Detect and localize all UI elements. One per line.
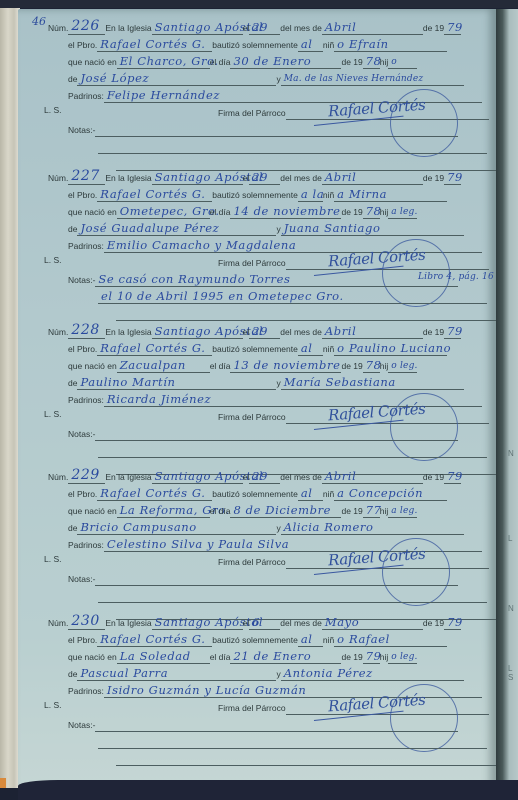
birthplace-field[interactable]: El Charco, Gro. [117,52,210,69]
form-row: Núm.230 En la IglesiaSantiago Apóstolel6… [48,612,488,630]
birth-date: 13 de noviembre [233,360,340,373]
mother-name: Alicia Romero [284,522,374,535]
record-number-field[interactable]: 226 [68,18,105,35]
godparents-label: Padrinos: [68,540,104,552]
record-number: 226 [71,19,100,34]
baptism-year-field[interactable]: 79 [444,18,461,35]
form-row: el Pbro. Rafael Cortés G. bautizó solemn… [68,338,496,356]
baptism-day-field[interactable]: 29 [249,18,280,35]
baptism-month-field[interactable]: Abril [322,18,423,35]
ls-label: L. S. [44,554,61,566]
facing-page-label: N [508,604,514,613]
father-name-field[interactable]: Bricio Campusano [77,518,276,535]
form-row: de José Guadalupe Pérez y Juana Santiago [68,218,496,236]
child-name: o Paulino Luciano [337,343,451,356]
baptism-record: Núm.227 En la IglesiaSantiago Apóstolel2… [18,167,496,312]
ls-label: L. S. [44,700,61,712]
baptism-day: 6 [252,617,260,630]
church-name-field[interactable]: Santiago Apóstol [152,613,243,630]
notes-label: Notas:- [68,125,95,137]
father-name-field[interactable]: José Guadalupe Pérez [77,219,276,236]
birth-year-field[interactable]: 78 [363,202,380,219]
baptism-year: 79 [447,172,463,185]
baptism-month: Abril [325,22,357,35]
father-name: Pascual Parra [80,668,168,681]
article-field[interactable]: al [298,630,323,647]
num-label: Núm. [48,23,68,35]
mother-name: Ma. de las Nieves Hernández [284,75,424,85]
child-name-field[interactable]: o Efraín [334,35,447,52]
priest-name-field[interactable]: Rafael Cortés G. [97,185,212,202]
birthplace-field[interactable]: La Reforma, Gro. [117,501,210,518]
article: al [301,488,313,501]
notes-line-2-field[interactable] [98,441,487,458]
child-name-field[interactable]: o Paulino Luciano [334,339,447,356]
baptism-year-field[interactable]: 79 [444,613,461,630]
mother-name: Juana Santiago [284,223,381,236]
mother-name-field[interactable]: Juana Santiago [281,219,464,236]
godparents: Celestino Silva y Paula Silva [107,539,289,552]
notes-label: Notas:- [68,574,95,586]
form-row [98,731,496,749]
godparents: Emilio Camacho y Magdalena [107,240,296,253]
baptism-month: Mayo [325,617,359,630]
father-name-field[interactable]: José López [77,69,276,86]
birth-year-field[interactable]: 78 [363,52,380,69]
baptism-day-field[interactable]: 6 [249,613,280,630]
notes-line-2-field[interactable] [98,137,487,154]
form-row: Núm.227 En la IglesiaSantiago Apóstolel2… [48,167,488,185]
priest-name: Rafael Cortés G. [100,343,205,356]
child-name: o Efraín [337,39,388,52]
notes-margin: Libro 4, pág. 16 [418,273,494,283]
top-edge [0,0,518,8]
form-row: que nació en Zacualpan el día 13 de novi… [68,355,496,373]
article: al [301,634,313,647]
birth-date-field[interactable]: 8 de Diciembre [230,501,341,518]
baptism-day: 29 [252,172,268,185]
article-field[interactable]: a la [298,185,323,202]
legitimacy-field[interactable]: a leg. [388,501,417,518]
form-row: el Pbro. Rafael Cortés G. bautizó solemn… [68,483,496,501]
child-name-field[interactable]: a Concepción [334,484,447,501]
num-label: Núm. [48,472,68,484]
priest-name: Rafael Cortés G. [100,634,205,647]
baptism-year-field[interactable]: 79 [444,168,461,185]
father-name: Paulino Martín [80,377,175,390]
birth-date: 8 de Diciembre [233,505,331,518]
birthplace: El Charco, Gro. [120,56,219,69]
facing-page-edge: NLNL S [496,9,518,791]
notes-line-3 [116,765,496,766]
baptism-year: 79 [447,326,463,339]
father-name: Bricio Campusano [80,522,196,535]
article-field[interactable]: al [298,339,323,356]
form-row [98,440,496,458]
birthplace-field[interactable]: Zacualpan [117,356,210,373]
baptism-record: Núm.228 En la IglesiaSantiago Apóstolel2… [18,321,496,466]
godparents: Ricarda Jiménez [107,394,211,407]
ls-label: L. S. [44,409,61,421]
birthplace-field[interactable]: La Soledad [117,647,210,664]
father-name: José Guadalupe Pérez [80,223,219,236]
num-label: Núm. [48,173,68,185]
baptism-year: 79 [447,22,463,35]
birthplace-field[interactable]: Ometepec, Gro. [117,202,210,219]
article: a la [301,189,324,202]
notes-line-1-field[interactable] [95,569,458,586]
baptism-record: Núm.229 En la IglesiaSantiago Apóstolel2… [18,466,496,611]
birth-year-field[interactable]: 78 [363,356,380,373]
father-name-field[interactable]: Pascual Parra [77,664,276,681]
facing-page-label: N [508,449,514,458]
baptism-year: 79 [447,617,463,630]
form-row: Núm.229 En la IglesiaSantiago Apóstolel2… [48,466,488,484]
baptism-day: 29 [252,471,268,484]
form-row: Notas:- [68,423,496,441]
church-name-field[interactable]: Santiago Apóstol [152,322,243,339]
form-row: que nació en Ometepec, Gro. el día 14 de… [68,201,496,219]
article-field[interactable]: al [298,35,323,52]
notes-label: Notas:- [68,720,95,732]
record-number: 228 [71,323,100,338]
birth-date: 14 de noviembre [233,206,340,219]
legitimacy: o leg. [391,653,417,663]
baptism-day-field[interactable]: 29 [249,168,280,185]
article: al [301,39,313,52]
church-name-field[interactable]: Santiago Apóstol [152,168,243,185]
child-name-field[interactable]: a Mirna [334,185,447,202]
form-row: de Paulino Martín y María Sebastiana [68,372,496,390]
register-page: 46 Núm.226 En la IglesiaSantiago Apóstol… [18,9,496,791]
form-row: el Pbro. Rafael Cortés G. bautizó solemn… [68,34,496,52]
form-row: Núm.226 En la IglesiaSantiago Apóstolel2… [48,17,488,35]
baptism-month-field[interactable]: Abril [322,168,423,185]
godparents-label: Padrinos: [68,686,104,698]
church-name-field[interactable]: Santiago Apóstol [152,18,243,35]
form-row [98,585,496,603]
baptism-day-field[interactable]: 29 [249,322,280,339]
child-name: o Rafael [337,634,390,647]
baptism-day: 29 [252,22,268,35]
baptism-month-field[interactable]: Mayo [322,613,423,630]
record-number-field[interactable]: 227 [68,168,105,185]
form-row: de Pascual Parra y Antonia Pérez [68,663,496,681]
legitimacy-field[interactable]: o [388,52,417,69]
mother-name: Antonia Pérez [284,668,373,681]
baptism-month-field[interactable]: Abril [322,467,423,484]
ls-label: L. S. [44,255,61,267]
father-name-field[interactable]: Paulino Martín [77,373,276,390]
record-number-field[interactable]: 228 [68,322,105,339]
mother-name-field[interactable]: Antonia Pérez [281,664,464,681]
priest-name-field[interactable]: Rafael Cortés G. [97,339,212,356]
godparents-label: Padrinos: [68,91,104,103]
mother-name: María Sebastiana [284,377,396,390]
birth-date-field[interactable]: 30 de Enero [230,52,341,69]
record-number-field[interactable]: 229 [68,467,105,484]
mother-name-field[interactable]: María Sebastiana [281,373,464,390]
legitimacy-field[interactable]: o leg. [388,647,417,664]
baptism-month: Abril [325,326,357,339]
birthplace: Zacualpan [120,360,186,373]
form-row: Notas:- [68,714,496,732]
legitimacy: o leg. [391,362,417,372]
form-row: Notas:- [68,568,496,586]
form-row: que nació en La Reforma, Gro. el día 8 d… [68,500,496,518]
birth-date: 30 de Enero [233,56,311,69]
mother-name-field[interactable]: Alicia Romero [281,518,464,535]
birthplace: Ometepec, Gro. [120,206,220,219]
legitimacy: a leg. [391,208,417,218]
baptism-record: Núm.226 En la IglesiaSantiago Apóstolel2… [18,17,496,162]
child-name: a Mirna [337,189,387,202]
father-name: José López [80,73,149,86]
priest-name: Rafael Cortés G. [100,189,205,202]
birth-date-field[interactable]: 21 de Enero [230,647,341,664]
church-name-field[interactable]: Santiago Apóstol [152,467,243,484]
article: al [301,343,313,356]
record-number: 227 [71,169,100,184]
notes-line-2-field[interactable] [98,586,487,603]
mother-name-field[interactable]: Ma. de las Nieves Hernández [281,69,464,86]
bottom-edge [18,780,518,800]
legitimacy-field[interactable]: o leg. [388,356,417,373]
form-row: el 10 de Abril 1995 en Ometepec Gro. [98,286,496,304]
notes-line-1-field[interactable]: Se casó con Raymundo Torres [95,270,458,287]
article-field[interactable]: al [298,484,323,501]
notes-line-1-field[interactable] [95,424,458,441]
birthplace: La Soledad [120,651,191,664]
form-row: Notas:- [68,119,496,137]
baptism-month: Abril [325,172,357,185]
birth-date: 21 de Enero [233,651,311,664]
child-name-field[interactable]: o Rafael [334,630,447,647]
form-row: que nació en El Charco, Gro. el día 30 d… [68,51,496,69]
godparents-label: Padrinos: [68,395,104,407]
godparents: Felipe Hernández [107,90,220,103]
notes-line-2-field[interactable] [98,732,487,749]
priest-name: Rafael Cortés G. [100,39,205,52]
priest-name-field[interactable]: Rafael Cortés G. [97,484,212,501]
record-number: 229 [71,468,100,483]
birth-year-field[interactable]: 79 [363,647,380,664]
baptism-day: 29 [252,326,268,339]
baptism-month-field[interactable]: Abril [322,322,423,339]
priest-name-field[interactable]: Rafael Cortés G. [97,35,212,52]
form-row: de José López y Ma. de las Nieves Hernán… [68,68,496,86]
form-row: el Pbro. Rafael Cortés G. bautizó solemn… [68,629,496,647]
form-row: de Bricio Campusano y Alicia Romero [68,517,496,535]
num-label: Núm. [48,618,68,630]
baptism-year: 79 [447,471,463,484]
notes-label: Notas:- [68,275,95,287]
record-number-field[interactable]: 230 [68,613,105,630]
notes-line-2-field[interactable]: el 10 de Abril 1995 en Ometepec Gro. [98,287,487,304]
legitimacy: o [391,58,397,68]
form-row [98,136,496,154]
legitimacy-field[interactable]: a leg. [388,202,417,219]
form-row: el Pbro. Rafael Cortés G. bautizó solemn… [68,184,496,202]
legitimacy: a leg. [391,507,417,517]
priest-name: Rafael Cortés G. [100,488,205,501]
baptism-day-field[interactable]: 29 [249,467,280,484]
facing-page-label: L S [508,664,518,682]
facing-page-label: L [508,534,512,543]
godparents: Isidro Guzmán y Lucía Guzmán [107,685,306,698]
notes-label: Notas:- [68,429,95,441]
baptism-record: Núm.230 En la IglesiaSantiago Apóstolel6… [18,612,496,757]
num-label: Núm. [48,327,68,339]
baptism-year-field[interactable]: 79 [444,322,461,339]
notes-line-1-field[interactable] [95,120,458,137]
baptism-year-field[interactable]: 79 [444,467,461,484]
notes-line-1: Se casó con Raymundo Torres [98,274,290,287]
ls-label: L. S. [44,105,61,117]
record-number: 230 [71,614,100,629]
birth-date-field[interactable]: 14 de noviembre [230,202,341,219]
form-row: que nació en La Soledad el día 21 de Ene… [68,646,496,664]
birth-year-field[interactable]: 77 [363,501,380,518]
notes-line-1-field[interactable] [95,715,458,732]
baptism-month: Abril [325,471,357,484]
child-name: a Concepción [337,488,423,501]
form-row: Núm.228 En la IglesiaSantiago Apóstolel2… [48,321,488,339]
priest-name-field[interactable]: Rafael Cortés G. [97,630,212,647]
page-stack-edge [0,8,20,788]
godparents-label: Padrinos: [68,241,104,253]
notes-line-2: el 10 de Abril 1995 en Ometepec Gro. [101,291,344,304]
birth-date-field[interactable]: 13 de noviembre [230,356,341,373]
